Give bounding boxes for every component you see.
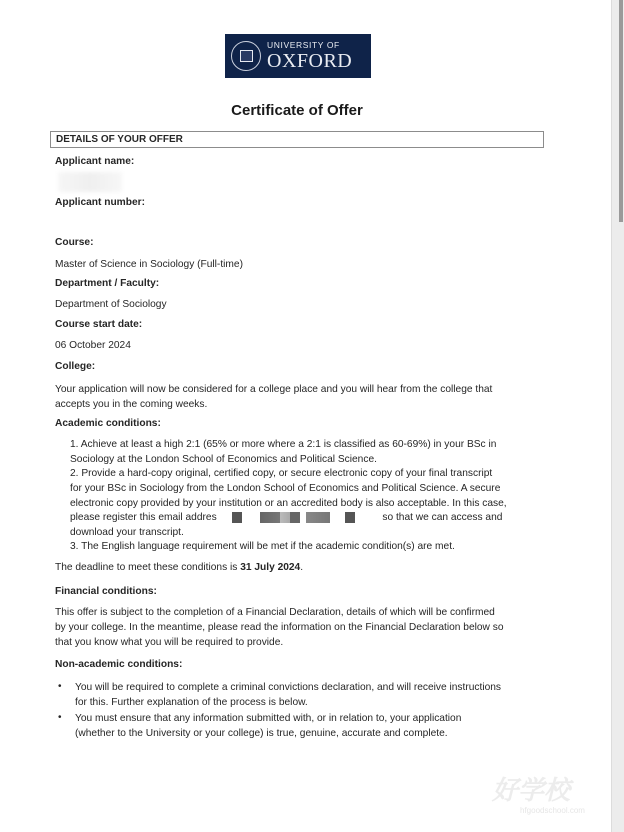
academic-item-2-cont2: electronic copy provided by your institu…: [70, 496, 507, 511]
financial-line1: This offer is subject to the completion …: [55, 605, 495, 620]
non-academic-bullet-1-cont: for this. Further explanation of the pro…: [75, 695, 308, 710]
logo-line2: OXFORD: [267, 51, 352, 71]
redacted-applicant-name: [58, 172, 122, 192]
non-academic-bullet-2: You must ensure that any information sub…: [75, 711, 461, 726]
academic-item-2-cont1: for your BSc in Sociology from the Londo…: [70, 481, 500, 496]
watermark-url: hfgoodschool.com: [520, 806, 585, 815]
crest-icon: [231, 41, 261, 71]
logo-line1: UNIVERSITY OF: [267, 41, 352, 50]
applicant-name-label: Applicant name:: [55, 154, 134, 169]
deadline-prefix: The deadline to meet these conditions is: [55, 562, 240, 573]
applicant-number-label: Applicant number:: [55, 195, 145, 210]
department-label: Department / Faculty:: [55, 276, 159, 291]
college-label: College:: [55, 359, 95, 374]
email-prefix-text: please register this email addres: [70, 512, 217, 523]
scrollbar[interactable]: [611, 0, 624, 832]
watermark-logo: 好学校: [492, 770, 570, 807]
section-header: DETAILS OF YOUR OFFER: [50, 131, 544, 148]
academic-item-1-cont: Sociology at the London School of Econom…: [70, 452, 377, 467]
non-academic-bullet-1: You will be required to complete a crimi…: [75, 680, 501, 695]
course-label: Course:: [55, 235, 94, 250]
email-suffix-text: so that we can access and: [382, 512, 502, 523]
scrollbar-thumb[interactable]: [619, 0, 623, 222]
college-text-line2: accepts you in the coming weeks.: [55, 397, 207, 412]
deadline-date: 31 July 2024: [240, 562, 300, 573]
academic-item-2-cont4: download your transcript.: [70, 525, 184, 540]
redacted-email: [220, 512, 380, 523]
start-date-value: 06 October 2024: [55, 338, 131, 353]
non-academic-bullet-2-cont: (whether to the University or your colle…: [75, 726, 448, 741]
bullet-icon: •: [58, 712, 62, 723]
non-academic-conditions-label: Non-academic conditions:: [55, 657, 182, 672]
start-date-label: Course start date:: [55, 317, 142, 332]
college-text-line1: Your application will now be considered …: [55, 382, 492, 397]
department-value: Department of Sociology: [55, 297, 167, 312]
deadline-suffix: .: [300, 562, 303, 573]
bullet-icon: •: [58, 681, 62, 692]
academic-item-1: 1. Achieve at least a high 2:1 (65% or m…: [70, 437, 496, 452]
academic-item-3: 3. The English language requirement will…: [70, 539, 455, 554]
deadline-text: The deadline to meet these conditions is…: [55, 560, 303, 575]
oxford-logo: UNIVERSITY OF OXFORD: [225, 34, 371, 78]
course-value: Master of Science in Sociology (Full-tim…: [55, 257, 243, 272]
academic-item-2-cont3: please register this email addres so tha…: [70, 510, 502, 525]
page-title: Certificate of Offer: [0, 102, 594, 119]
document-page: UNIVERSITY OF OXFORD Certificate of Offe…: [0, 0, 612, 832]
financial-line3: that you know what you will be required …: [55, 635, 283, 650]
financial-line2: by your college. In the meantime, please…: [55, 620, 504, 635]
academic-conditions-label: Academic conditions:: [55, 416, 161, 431]
academic-item-2: 2. Provide a hard-copy original, certifi…: [70, 466, 492, 481]
financial-conditions-label: Financial conditions:: [55, 584, 157, 599]
